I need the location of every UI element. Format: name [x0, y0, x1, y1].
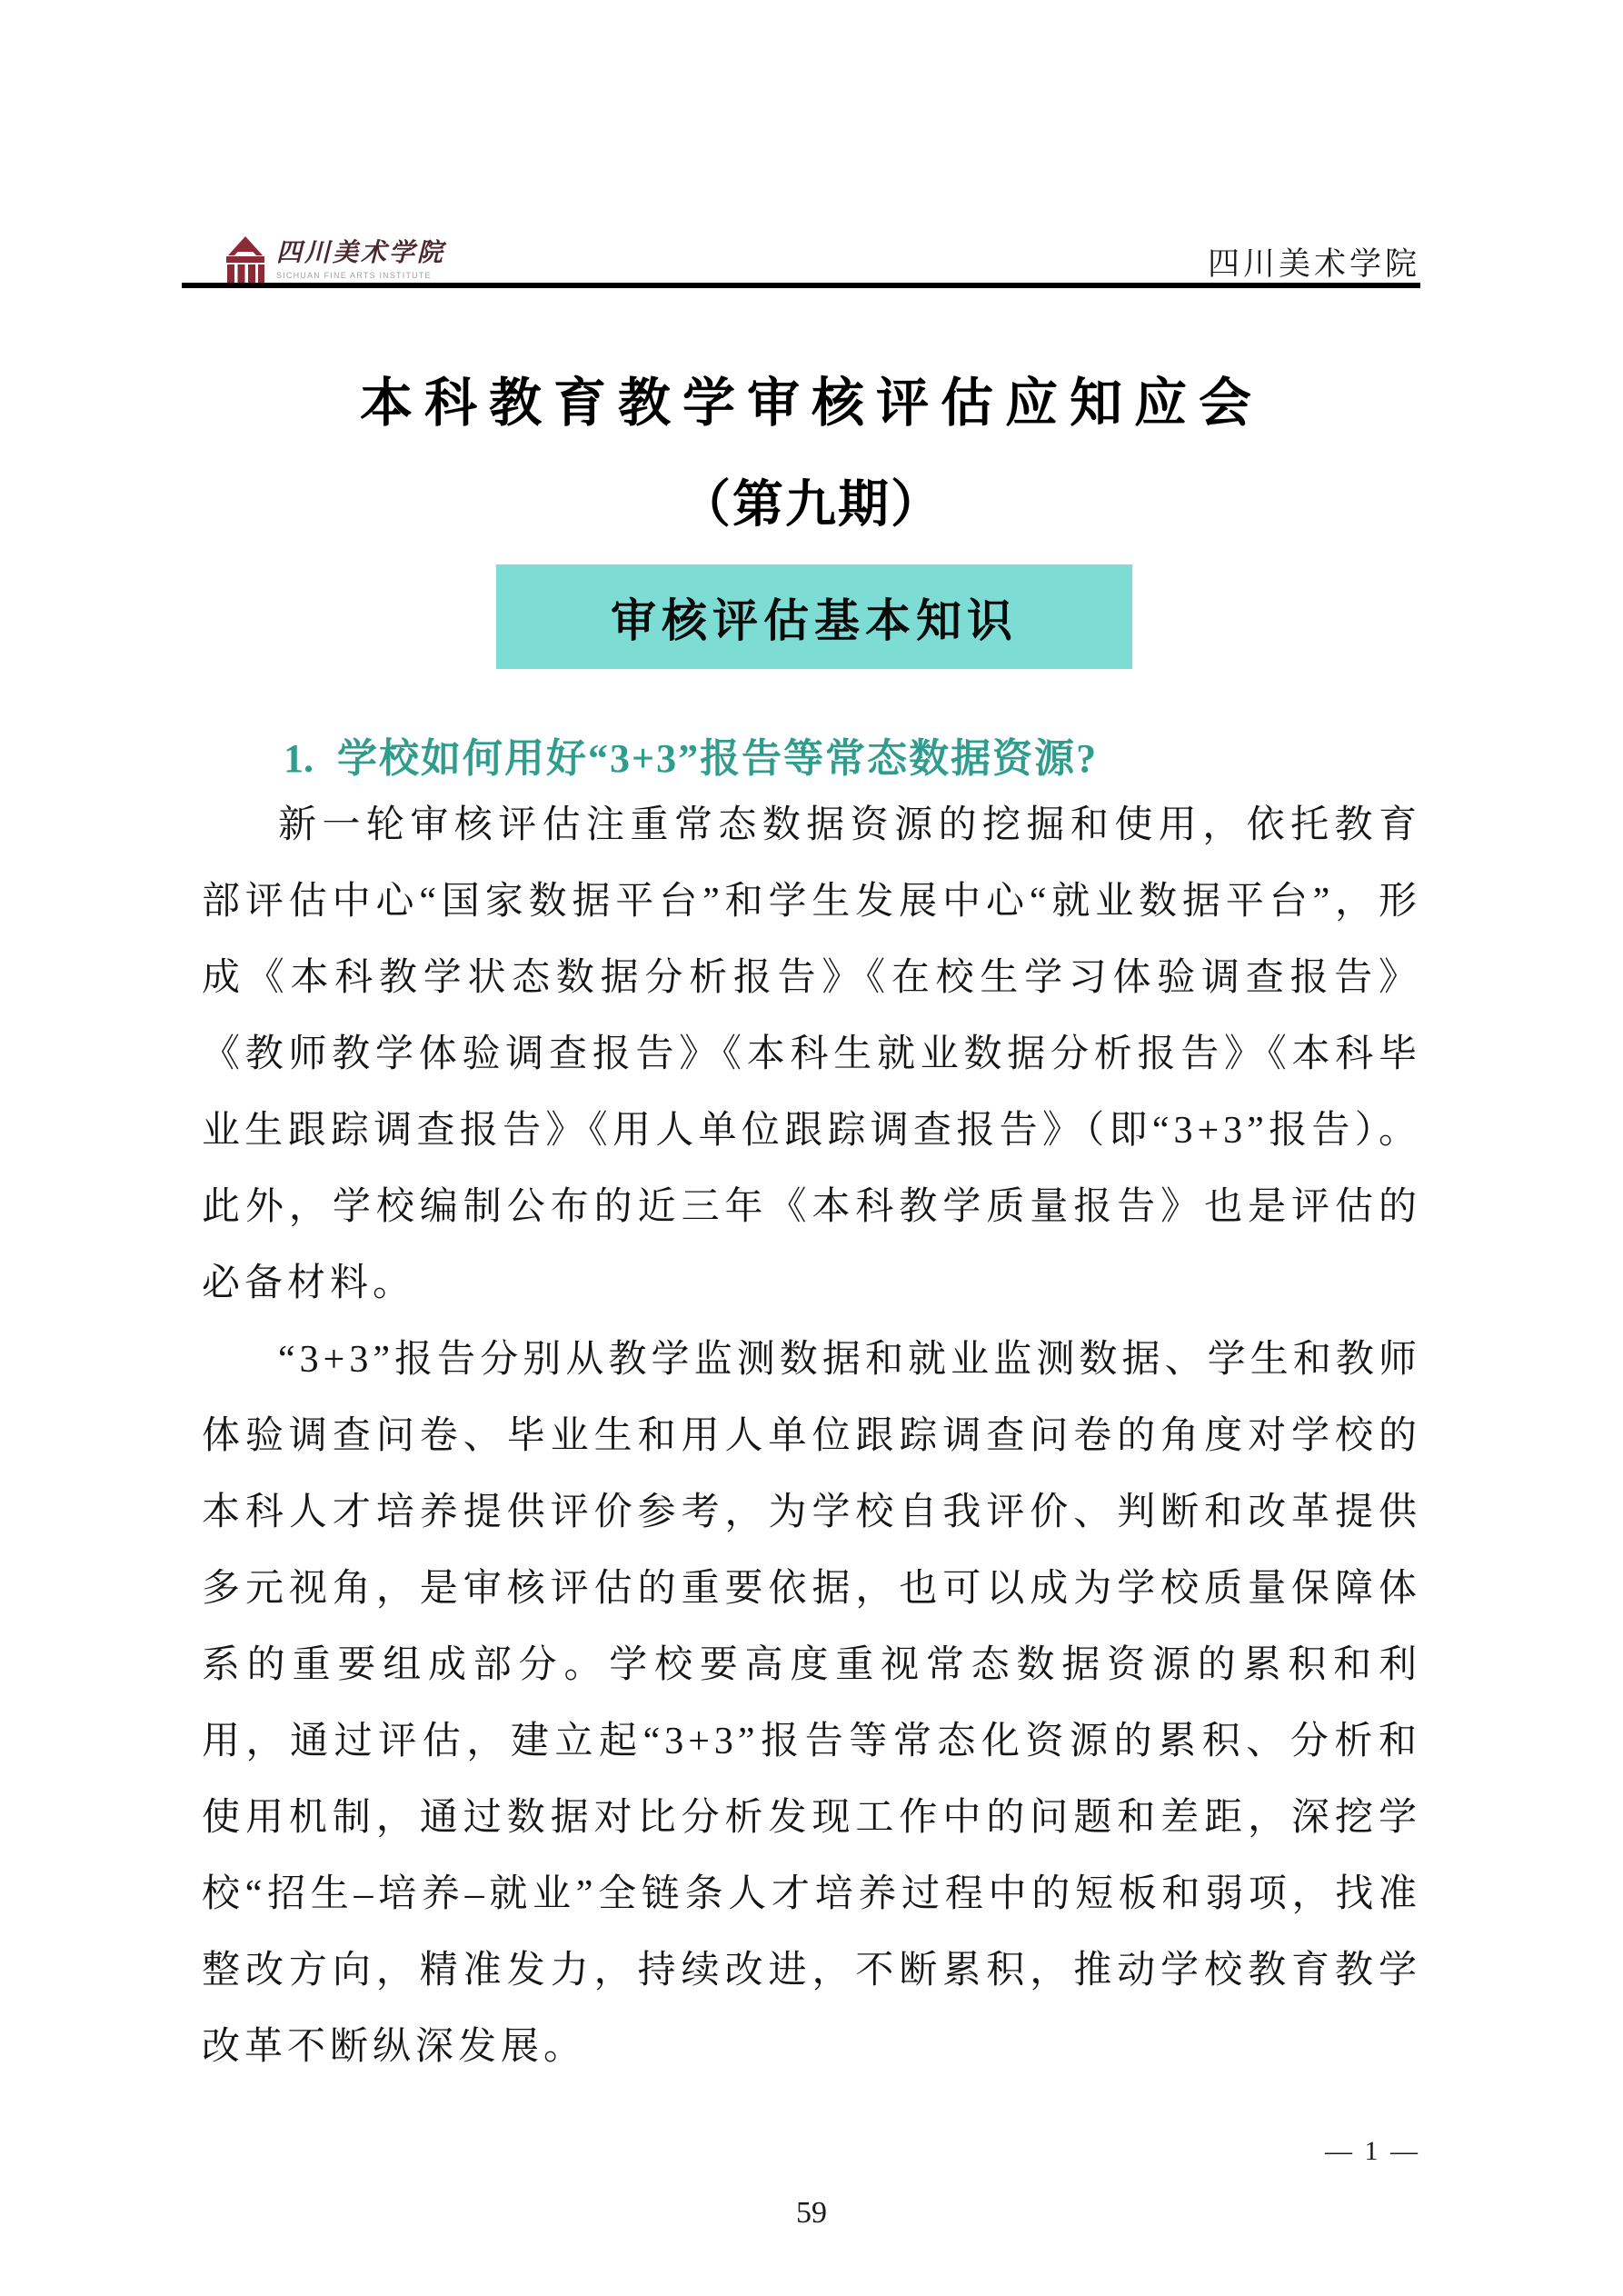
body-text: 新一轮审核评估注重常态数据资源的挖掘和使用，依托教育部评估中心“国家数据平台”和… [202, 787, 1421, 2085]
section-banner: 审核评估基本知识 [496, 564, 1132, 669]
question-text: 学校如何用好“3+3”报告等常态数据资源? [337, 736, 1098, 781]
school-logo-cn-name: 四川美术学院 [276, 240, 445, 267]
paragraph: “3+3”报告分别从教学监测数据和就业监测数据、学生和教师体验调查问卷、毕业生和… [202, 1322, 1421, 2085]
header-divider-rule [182, 283, 1420, 288]
question-heading: 1.学校如何用好“3+3”报告等常态数据资源? [202, 725, 1503, 784]
school-logo-lockup: 四川美术学院 SICHUAN FINE ARTS INSTITUTE [276, 240, 445, 280]
section-page-marker: — 1 — [1325, 2136, 1420, 2167]
school-emblem-icon [224, 236, 267, 282]
question-number: 1. [284, 736, 314, 781]
paragraph: 新一轮审核评估注重常态数据资源的挖掘和使用，依托教育部评估中心“国家数据平台”和… [202, 787, 1421, 1322]
school-logo-en-name: SICHUAN FINE ARTS INSTITUTE [276, 271, 445, 280]
document-title: 本科教育教学审核评估应知应会 [0, 360, 1623, 436]
document-issue-subtitle: （第九期） [0, 464, 1623, 537]
header-school-name: 四川美术学院 [1208, 239, 1420, 285]
section-banner-label: 审核评估基本知识 [611, 584, 1018, 650]
page-number: 59 [0, 2196, 1623, 2231]
document-page: 四川美术学院 SICHUAN FINE ARTS INSTITUTE 四川美术学… [0, 0, 1623, 2296]
